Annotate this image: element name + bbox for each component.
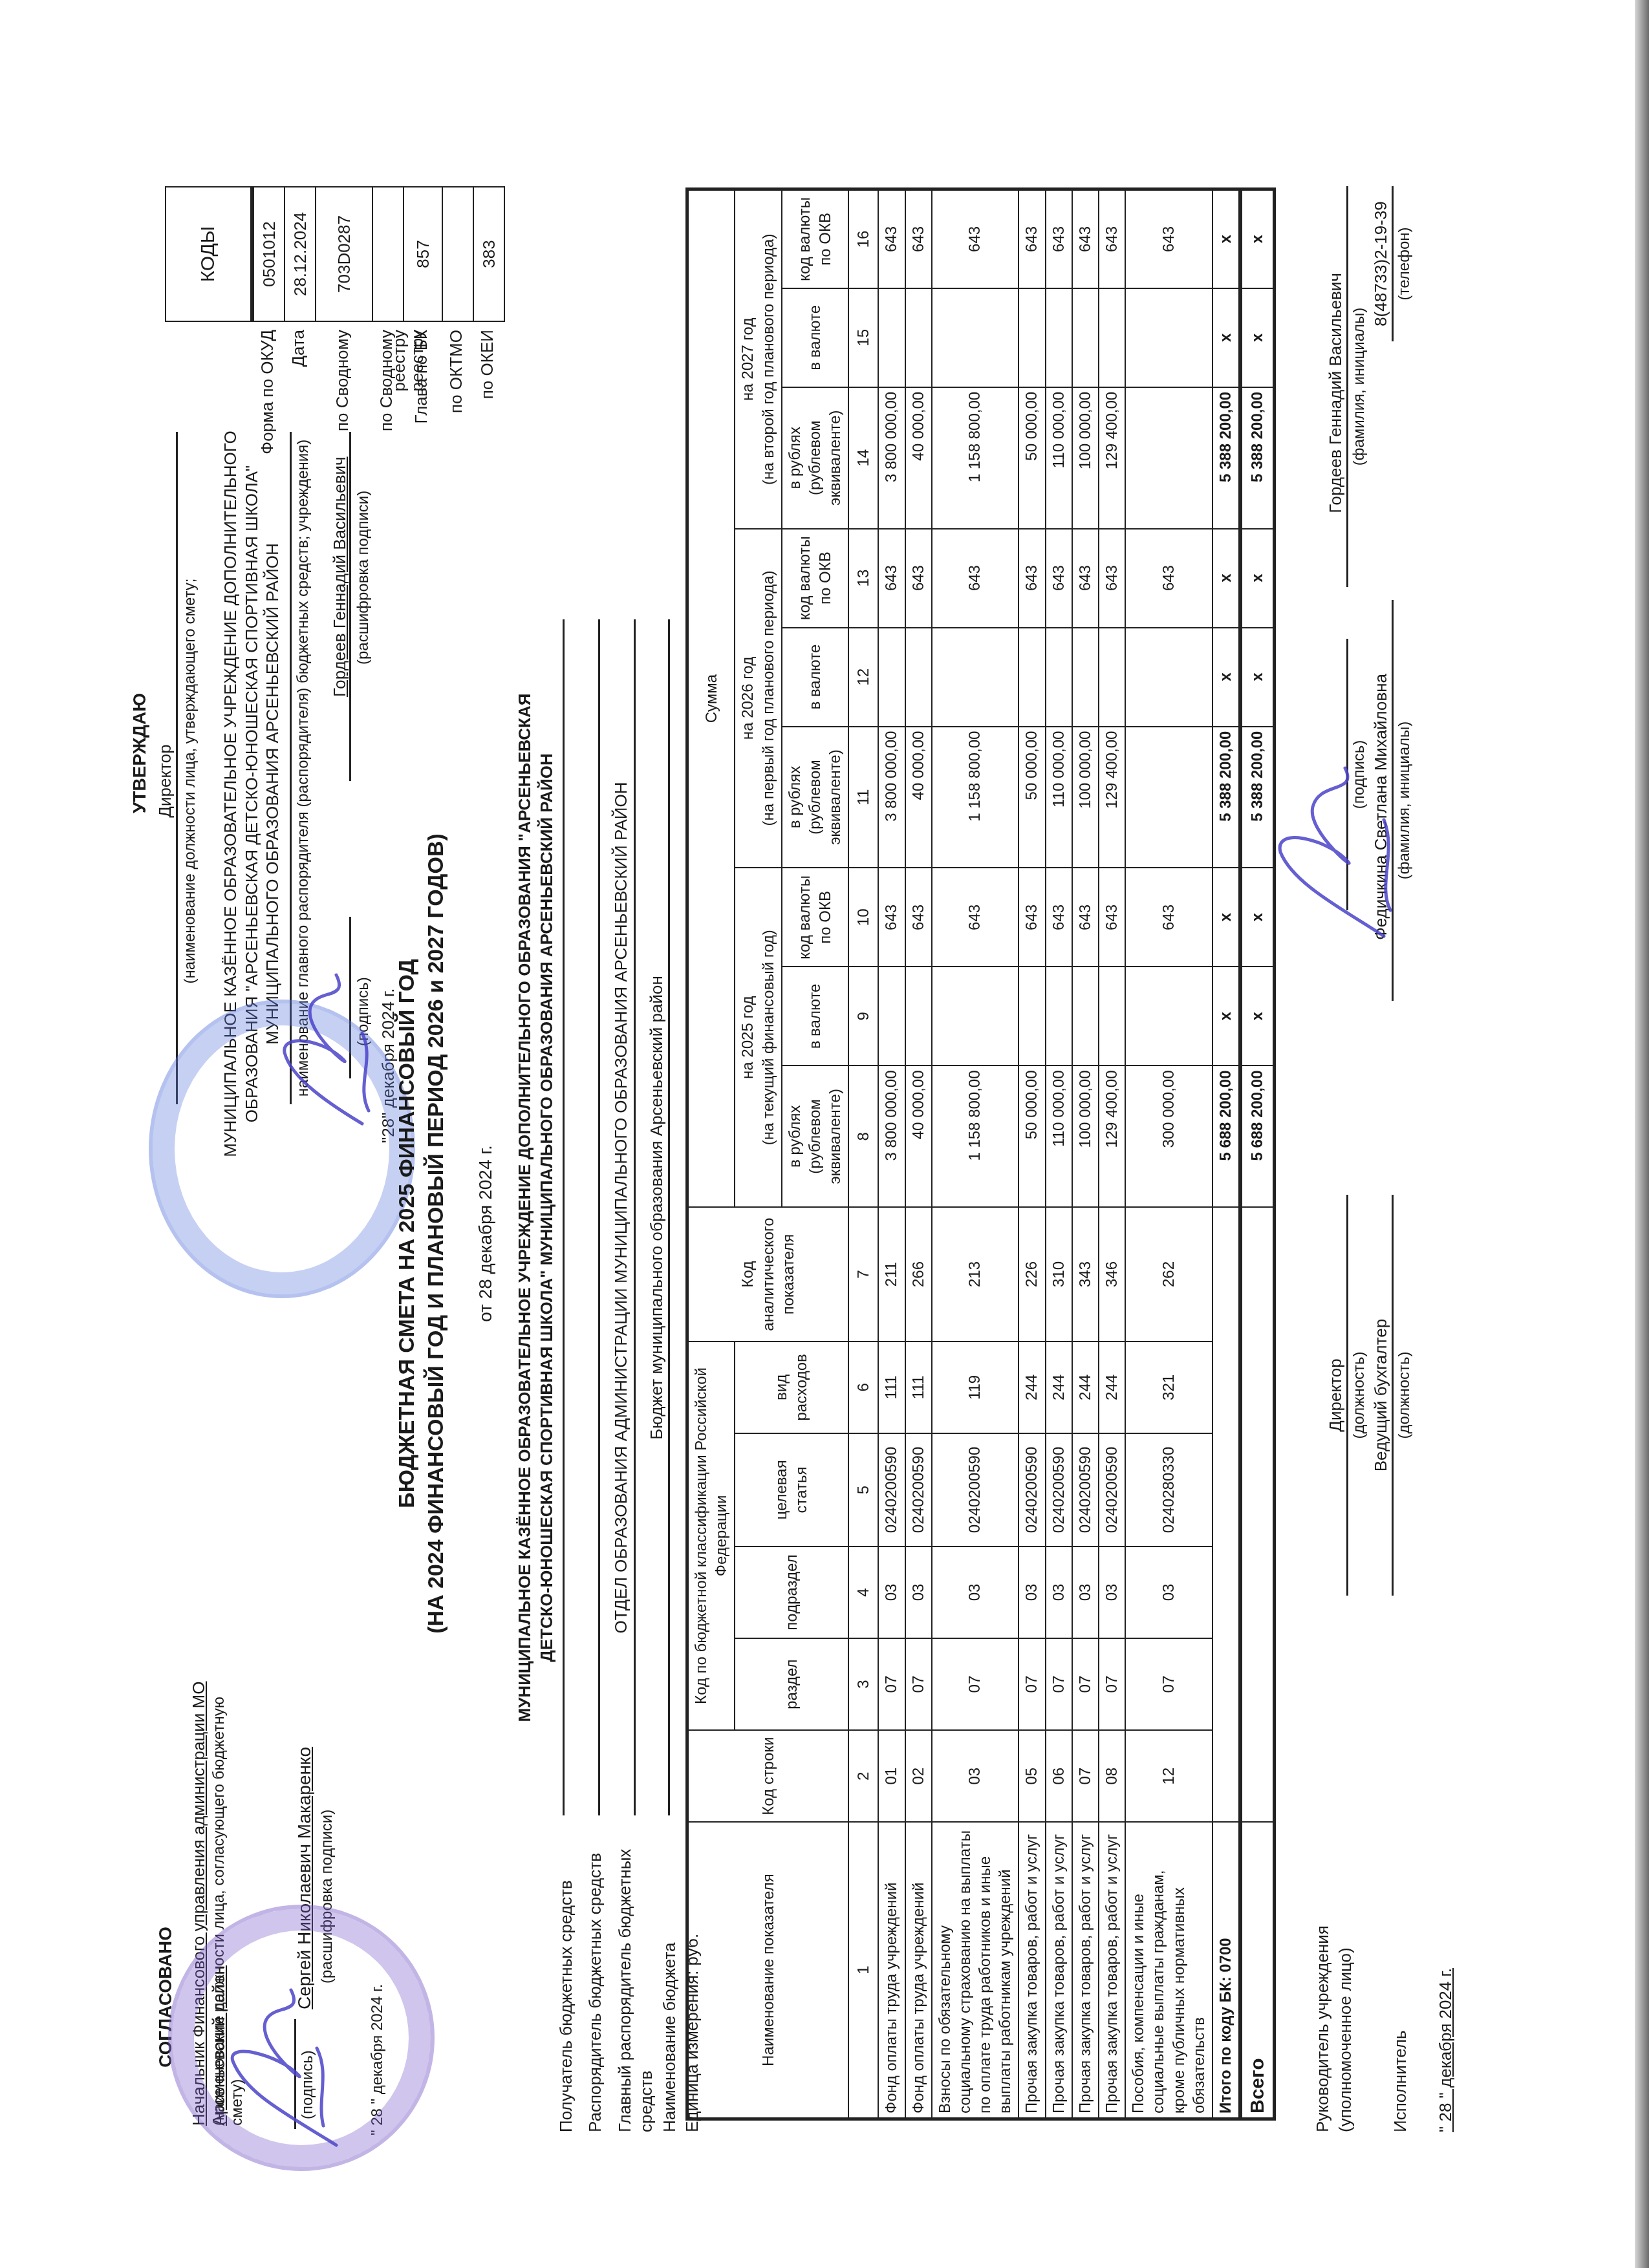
approval-right-title: УТВЕРЖДАЮ bbox=[129, 693, 150, 813]
code-label-okud: Форма по ОКУД bbox=[252, 330, 283, 477]
subsection-cell: 03 bbox=[1072, 1546, 1099, 1638]
code-okei: 383 bbox=[473, 187, 504, 321]
th-expense-type: вид расходов bbox=[735, 1342, 848, 1433]
rub-2026-cell bbox=[1125, 727, 1212, 868]
rub-2025-cell: 40 000,00 bbox=[905, 1065, 932, 1207]
expense-type-cell: 244 bbox=[1072, 1342, 1099, 1433]
section-cell: 07 bbox=[905, 1638, 932, 1730]
okv-2027-cell: 643 bbox=[932, 189, 1019, 288]
th-row-code: Код строки bbox=[687, 1730, 849, 1822]
currency-2027-cell bbox=[1072, 288, 1099, 387]
th-currency-2026: в валюте bbox=[782, 628, 849, 727]
indicator-name-cell: Прочая закупка товаров, работ и услуг bbox=[1072, 1822, 1099, 2119]
code-registry-2 bbox=[372, 187, 404, 321]
footer-executor-position-line bbox=[1392, 1195, 1394, 1596]
column-number: 7 bbox=[848, 1207, 878, 1342]
currency-2025-cell bbox=[878, 967, 905, 1065]
okv-2025-cell: 643 bbox=[1099, 868, 1125, 967]
subtotal-row-r2026: 5 388 200,00 bbox=[1212, 727, 1240, 868]
okv-2027-cell: 643 bbox=[1046, 189, 1072, 288]
expense-type-cell: 244 bbox=[1018, 1342, 1045, 1433]
indicator-name-cell: Прочая закупка товаров, работ и услуг bbox=[1018, 1822, 1045, 2119]
th-rub-2025: в рублях (рублевом эквиваленте) bbox=[782, 1065, 849, 1207]
subsection-cell: 03 bbox=[878, 1546, 905, 1638]
th-okv-2026: код валюты по ОКВ bbox=[782, 529, 849, 628]
th-rub-2026: в рублях (рублевом эквиваленте) bbox=[782, 727, 849, 868]
th-okv-2027: код валюты по ОКВ bbox=[782, 189, 849, 288]
grand-total-row-r2027: 5 388 200,00 bbox=[1240, 387, 1275, 529]
grand-total-row-c2026: x bbox=[1240, 628, 1275, 727]
currency-2025-cell bbox=[1072, 967, 1099, 1065]
subtotal-row-c2025: x bbox=[1212, 967, 1240, 1065]
currency-2026-cell bbox=[1125, 628, 1212, 727]
okv-2027-cell: 643 bbox=[905, 189, 932, 288]
signature-footer bbox=[1267, 755, 1397, 949]
grand-total-row-okv2027: x bbox=[1240, 189, 1275, 288]
column-number: 12 bbox=[848, 628, 878, 727]
document-subtitle: (НА 2024 ФИНАНСОВЫЙ ГОД И ПЛАНОВЫЙ ПЕРИО… bbox=[424, 652, 449, 1815]
okv-2026-cell: 643 bbox=[1072, 529, 1099, 628]
rub-2026-cell: 50 000,00 bbox=[1018, 727, 1045, 868]
section-cell: 07 bbox=[1125, 1638, 1212, 1730]
subtotal-row: Итого по коду БК: 07005 688 200,00xx5 38… bbox=[1212, 189, 1240, 2119]
footer-executor-position-caption: (должность) bbox=[1396, 1195, 1414, 1596]
footer-head-name-caption: (фамилия, инициалы) bbox=[1350, 186, 1368, 587]
rub-2026-cell: 129 400,00 bbox=[1099, 727, 1125, 868]
target-article-cell: 0240200590 bbox=[932, 1433, 1019, 1546]
column-number: 5 bbox=[848, 1433, 878, 1546]
indicator-name-cell: Взносы по обязательному социальному стра… bbox=[932, 1822, 1019, 2119]
chief-manager-line bbox=[634, 619, 636, 1815]
th-year-2025: на 2025 год(на текущий финансовый год) bbox=[735, 868, 781, 1207]
okv-2026-cell: 643 bbox=[1125, 529, 1212, 628]
rub-2027-cell: 40 000,00 bbox=[905, 387, 932, 529]
footer-head-name-line bbox=[1346, 186, 1348, 587]
document-title: БЮДЖЕТНАЯ СМЕТА НА 2025 ФИНАНСОВЫЙ ГОД bbox=[394, 652, 420, 1815]
approval-right-name: Гордеев Геннадий Васильевич bbox=[330, 456, 350, 697]
signature-right bbox=[278, 962, 382, 1130]
target-article-cell: 0240200590 bbox=[1099, 1433, 1125, 1546]
currency-2027-cell bbox=[878, 288, 905, 387]
currency-2027-cell bbox=[1099, 288, 1125, 387]
rub-2027-cell: 1 158 800,00 bbox=[932, 387, 1019, 529]
subtotal-row-okv2027: x bbox=[1212, 189, 1240, 288]
okv-2027-cell: 643 bbox=[1072, 189, 1099, 288]
okv-2025-cell: 643 bbox=[1125, 868, 1212, 967]
footer-head-label: Руководитель учреждения bbox=[1313, 1925, 1333, 2132]
th-currency-2027: в валюте bbox=[782, 288, 849, 387]
grand-total-row-okv2026: x bbox=[1240, 529, 1275, 628]
th-name: Наименование показателя bbox=[687, 1822, 849, 2119]
expense-type-cell: 111 bbox=[878, 1342, 905, 1433]
th-okv-2025: код валюты по ОКВ bbox=[782, 868, 849, 967]
currency-2026-cell bbox=[1018, 628, 1045, 727]
indicator-name-cell: Фонд оплаты труда учреждений bbox=[878, 1822, 905, 2119]
rub-2026-cell: 40 000,00 bbox=[905, 727, 932, 868]
okv-2027-cell: 643 bbox=[1018, 189, 1045, 288]
okv-2027-cell: 643 bbox=[878, 189, 905, 288]
grand-total-row-label: Всего bbox=[1240, 1822, 1275, 2119]
column-number: 11 bbox=[848, 727, 878, 868]
analytic-code-cell: 211 bbox=[878, 1207, 905, 1342]
th-target: целевая статья bbox=[735, 1433, 848, 1546]
analytic-code-cell: 213 bbox=[932, 1207, 1019, 1342]
okv-2026-cell: 643 bbox=[1018, 529, 1045, 628]
code-label-oktmo: по ОКТМО bbox=[440, 330, 471, 477]
footer-head-position: Директор bbox=[1326, 1195, 1346, 1596]
chief-manager-label: Главный распорядитель бюджетных средств bbox=[614, 1822, 656, 2132]
analytic-code-cell: 310 bbox=[1046, 1207, 1072, 1342]
rub-2025-cell: 100 000,00 bbox=[1072, 1065, 1099, 1207]
okv-2025-cell: 643 bbox=[1072, 868, 1099, 967]
target-article-cell: 0240200590 bbox=[1046, 1433, 1072, 1546]
okv-2025-cell: 643 bbox=[878, 868, 905, 967]
approval-right-name-caption: (расшифровка подписи) bbox=[354, 491, 372, 665]
indicator-name-cell: Пособия, компенсации и иные социальные в… bbox=[1125, 1822, 1212, 2119]
expense-type-cell: 244 bbox=[1099, 1342, 1125, 1433]
footer-executor-position: Ведущий бухгалтер bbox=[1371, 1195, 1391, 1596]
subtotal-row-okv2026: x bbox=[1212, 529, 1240, 628]
recipient-line bbox=[563, 619, 565, 1815]
codes-labels: Форма по ОКУД Дата по Сводному реестру п… bbox=[165, 330, 502, 477]
column-number: 14 bbox=[848, 387, 878, 529]
footer-head-position-caption: (должность) bbox=[1350, 1195, 1368, 1596]
subtotal-row-r2025: 5 688 200,00 bbox=[1212, 1065, 1240, 1207]
okv-2025-cell: 643 bbox=[1046, 868, 1072, 967]
budget-table-body: Фонд оплаты труда учреждений010703024020… bbox=[878, 189, 1274, 2119]
rub-2025-cell: 1 158 800,00 bbox=[932, 1065, 1019, 1207]
rub-2027-cell: 50 000,00 bbox=[1018, 387, 1045, 529]
target-article-cell: 0240200590 bbox=[905, 1433, 932, 1546]
codes-table: КОДЫ 0501012 28.12.2024 703D0287 857 383 bbox=[165, 186, 505, 322]
section-cell: 07 bbox=[932, 1638, 1019, 1730]
rub-2025-cell: 300 000,00 bbox=[1125, 1065, 1212, 1207]
okv-2026-cell: 643 bbox=[1099, 529, 1125, 628]
column-number: 2 bbox=[848, 1730, 878, 1822]
code-bk: 857 bbox=[404, 187, 442, 321]
row-code-cell: 08 bbox=[1099, 1730, 1125, 1822]
rub-2026-cell: 110 000,00 bbox=[1046, 727, 1072, 868]
th-sum: Сумма bbox=[687, 189, 735, 1208]
currency-2026-cell bbox=[905, 628, 932, 727]
budget-line bbox=[668, 619, 670, 1815]
footer-executor-name-caption: (фамилия, инициалы) bbox=[1396, 600, 1414, 1001]
rub-2027-cell: 129 400,00 bbox=[1099, 387, 1125, 529]
blank-cell bbox=[1240, 1207, 1275, 1822]
section-cell: 07 bbox=[1072, 1638, 1099, 1730]
row-code-cell: 05 bbox=[1018, 1730, 1045, 1822]
currency-2025-cell bbox=[1046, 967, 1072, 1065]
code-label-registry-2: по Сводному реестру bbox=[371, 330, 402, 477]
code-label-date: Дата bbox=[283, 330, 314, 477]
rub-2025-cell: 3 800 000,00 bbox=[878, 1065, 905, 1207]
approval-right-position-caption: (наименование должности лица, утверждающ… bbox=[181, 458, 199, 1104]
subsection-cell: 03 bbox=[1125, 1546, 1212, 1638]
currency-2025-cell bbox=[932, 967, 1019, 1065]
column-number: 9 bbox=[848, 967, 878, 1065]
grand-total-row-c2027: x bbox=[1240, 288, 1275, 387]
okv-2025-cell: 643 bbox=[905, 868, 932, 967]
currency-2025-cell bbox=[1099, 967, 1125, 1065]
subtotal-row-label: Итого по коду БК: 0700 bbox=[1212, 1822, 1240, 2119]
row-code-cell: 12 bbox=[1125, 1730, 1212, 1822]
rub-2026-cell: 3 800 000,00 bbox=[878, 727, 905, 868]
rub-2027-cell: 3 800 000,00 bbox=[878, 387, 905, 529]
subtotal-row-c2027: x bbox=[1212, 288, 1240, 387]
recipient-value: МУНИЦИПАЛЬНОЕ КАЗЁННОЕ ОБРАЗОВАТЕЛЬНОЕ У… bbox=[514, 665, 558, 1751]
currency-2027-cell bbox=[1018, 288, 1045, 387]
column-number: 6 bbox=[848, 1342, 878, 1433]
section-cell: 07 bbox=[878, 1638, 905, 1730]
column-number: 16 bbox=[848, 189, 878, 288]
okv-2025-cell: 643 bbox=[1018, 868, 1045, 967]
row-code-cell: 02 bbox=[905, 1730, 932, 1822]
chief-manager-value: ОТДЕЛ ОБРАЗОВАНИЯ АДМИНИСТРАЦИИ МУНИЦИПА… bbox=[611, 665, 631, 1751]
subtotal-row-okv2025: x bbox=[1212, 868, 1240, 967]
manager-label: Распорядитель бюджетных средств bbox=[585, 1853, 605, 2132]
budget-table: Наименование показателя Код строки Код п… bbox=[685, 187, 1276, 2121]
currency-2027-cell bbox=[932, 288, 1019, 387]
budget-label: Наименование бюджета bbox=[660, 1942, 680, 2132]
approval-right-position-line bbox=[176, 432, 178, 1104]
analytic-code-cell: 343 bbox=[1072, 1207, 1099, 1342]
code-label-bk: Глава по БК bbox=[402, 330, 440, 477]
table-row: Фонд оплаты труда учреждений010703024020… bbox=[878, 189, 905, 2119]
expense-type-cell: 119 bbox=[932, 1342, 1019, 1433]
currency-2025-cell bbox=[1125, 967, 1212, 1065]
rub-2027-cell bbox=[1125, 387, 1212, 529]
code-registry-1: 703D0287 bbox=[316, 187, 372, 321]
section-cell: 07 bbox=[1099, 1638, 1125, 1730]
footer-head-name: Гордеев Геннадий Васильевич bbox=[1326, 199, 1346, 587]
grand-total-row-c2025: x bbox=[1240, 967, 1275, 1065]
currency-2026-cell bbox=[1072, 628, 1099, 727]
table-row: Фонд оплаты труда учреждений020703024020… bbox=[905, 189, 932, 2119]
code-date: 28.12.2024 bbox=[285, 187, 316, 321]
subsection-cell: 03 bbox=[932, 1546, 1019, 1638]
rub-2025-cell: 110 000,00 bbox=[1046, 1065, 1072, 1207]
rub-2025-cell: 129 400,00 bbox=[1099, 1065, 1125, 1207]
column-number: 3 bbox=[848, 1638, 878, 1730]
grand-total-row-r2025: 5 688 200,00 bbox=[1240, 1065, 1275, 1207]
rub-2027-cell: 110 000,00 bbox=[1046, 387, 1072, 529]
th-currency-2025: в валюте bbox=[782, 967, 849, 1065]
currency-2025-cell bbox=[1018, 967, 1045, 1065]
subtotal-row-c2026: x bbox=[1212, 628, 1240, 727]
okv-2026-cell: 643 bbox=[878, 529, 905, 628]
footer-executor-phone: 8(48733)2-19-39 bbox=[1371, 186, 1391, 341]
column-number: 10 bbox=[848, 868, 878, 967]
okv-2027-cell: 643 bbox=[1099, 189, 1125, 288]
rub-2025-cell: 50 000,00 bbox=[1018, 1065, 1045, 1207]
expense-type-cell: 321 bbox=[1125, 1342, 1212, 1433]
target-article-cell: 0240200590 bbox=[878, 1433, 905, 1546]
budget-estimate-page: СОГЛАСОВАНО Начальник Финансового управл… bbox=[0, 0, 1649, 2268]
analytic-code-cell: 266 bbox=[905, 1207, 932, 1342]
footer-executor-label: Исполнитель bbox=[1390, 2030, 1410, 2132]
analytic-code-cell: 226 bbox=[1018, 1207, 1045, 1342]
currency-2025-cell bbox=[905, 967, 932, 1065]
currency-2026-cell bbox=[878, 628, 905, 727]
row-code-cell: 07 bbox=[1072, 1730, 1099, 1822]
okv-2026-cell: 643 bbox=[1046, 529, 1072, 628]
blank-cell bbox=[1212, 1207, 1240, 1822]
th-analytic: Код аналитического показателя bbox=[687, 1207, 849, 1342]
subsection-cell: 03 bbox=[1018, 1546, 1045, 1638]
th-year-2026: на 2026 год(на первый год планового пери… bbox=[735, 529, 781, 868]
okv-2025-cell: 643 bbox=[932, 868, 1019, 967]
recipient-label: Получатель бюджетных средств bbox=[556, 1880, 576, 2132]
rub-2026-cell: 1 158 800,00 bbox=[932, 727, 1019, 868]
currency-2026-cell bbox=[1099, 628, 1125, 727]
table-row: Прочая закупка товаров, работ и услуг070… bbox=[1072, 189, 1099, 2119]
analytic-code-cell: 346 bbox=[1099, 1207, 1125, 1342]
table-row: Взносы по обязательному социальному стра… bbox=[932, 189, 1019, 2119]
column-number: 15 bbox=[848, 288, 878, 387]
column-number: 1 bbox=[848, 1822, 878, 2119]
currency-2027-cell bbox=[1125, 288, 1212, 387]
codes-header: КОДЫ bbox=[166, 187, 252, 321]
code-label-registry-1: по Сводному реестру bbox=[314, 330, 371, 477]
signature-left bbox=[220, 1971, 349, 2152]
th-subsection: подраздел bbox=[735, 1546, 848, 1638]
footer-executor-phone-caption: (телефон) bbox=[1396, 186, 1414, 341]
target-article-cell: 0240200590 bbox=[1072, 1433, 1099, 1546]
document-date: от 28 декабря 2024 г. bbox=[475, 652, 496, 1815]
rub-2026-cell: 100 000,00 bbox=[1072, 727, 1099, 868]
currency-2026-cell bbox=[1046, 628, 1072, 727]
currency-2027-cell bbox=[905, 288, 932, 387]
row-code-cell: 01 bbox=[878, 1730, 905, 1822]
column-number: 8 bbox=[848, 1065, 878, 1207]
expense-type-cell: 111 bbox=[905, 1342, 932, 1433]
th-rub-2027: в рублях (рублевом эквиваленте) bbox=[782, 387, 849, 529]
row-code-cell: 06 bbox=[1046, 1730, 1072, 1822]
th-year-2027: на 2027 год(на второй год планового пери… bbox=[735, 189, 781, 529]
th-section: раздел bbox=[735, 1638, 848, 1730]
table-row: Прочая закупка товаров, работ и услуг080… bbox=[1099, 189, 1125, 2119]
row-code-cell: 03 bbox=[932, 1730, 1019, 1822]
target-article-cell: 0240280330 bbox=[1125, 1433, 1212, 1546]
subsection-cell: 03 bbox=[905, 1546, 932, 1638]
table-row: Пособия, компенсации и иные социальные в… bbox=[1125, 189, 1212, 2119]
code-oktmo bbox=[442, 187, 473, 321]
indicator-name-cell: Прочая закупка товаров, работ и услуг bbox=[1046, 1822, 1072, 2119]
column-number-row: 12345678910111213141516 bbox=[848, 189, 878, 2119]
subtotal-row-r2027: 5 388 200,00 bbox=[1212, 387, 1240, 529]
approval-right-position: Директор bbox=[155, 458, 175, 1104]
footer-date: " 28 " декабря 2024 г. bbox=[1436, 1968, 1456, 2132]
th-bk-group: Код по бюджетной классификации Российско… bbox=[687, 1342, 735, 1730]
okv-2027-cell: 643 bbox=[1125, 189, 1212, 288]
currency-2026-cell bbox=[932, 628, 1019, 727]
indicator-name-cell: Прочая закупка товаров, работ и услуг bbox=[1099, 1822, 1125, 2119]
currency-2027-cell bbox=[1046, 288, 1072, 387]
indicator-name-cell: Фонд оплаты труда учреждений bbox=[905, 1822, 932, 2119]
footer-executor-phone-line bbox=[1392, 186, 1394, 341]
okv-2026-cell: 643 bbox=[905, 529, 932, 628]
subsection-cell: 03 bbox=[1046, 1546, 1072, 1638]
approval-right-name-line bbox=[349, 432, 351, 781]
table-row: Прочая закупка товаров, работ и услуг060… bbox=[1046, 189, 1072, 2119]
code-label-okei: по ОКЕИ bbox=[471, 330, 502, 477]
grand-total-row: Всего5 688 200,00xx5 388 200,00xx5 388 2… bbox=[1240, 189, 1275, 2119]
okv-2026-cell: 643 bbox=[932, 529, 1019, 628]
column-number: 4 bbox=[848, 1546, 878, 1638]
rub-2027-cell: 100 000,00 bbox=[1072, 387, 1099, 529]
footer-head-sub: (уполномоченное лицо) bbox=[1335, 1947, 1355, 2132]
expense-type-cell: 244 bbox=[1046, 1342, 1072, 1433]
code-okud: 0501012 bbox=[252, 187, 285, 321]
analytic-code-cell: 262 bbox=[1125, 1207, 1212, 1342]
section-cell: 07 bbox=[1046, 1638, 1072, 1730]
section-cell: 07 bbox=[1018, 1638, 1045, 1730]
target-article-cell: 0240200590 bbox=[1018, 1433, 1045, 1546]
manager-line bbox=[598, 619, 600, 1815]
table-row: Прочая закупка товаров, работ и услуг050… bbox=[1018, 189, 1045, 2119]
footer-head-position-line bbox=[1346, 1195, 1348, 1596]
subsection-cell: 03 bbox=[1099, 1546, 1125, 1638]
column-number: 13 bbox=[848, 529, 878, 628]
budget-value: Бюджет муниципального образования Арсень… bbox=[647, 665, 667, 1751]
